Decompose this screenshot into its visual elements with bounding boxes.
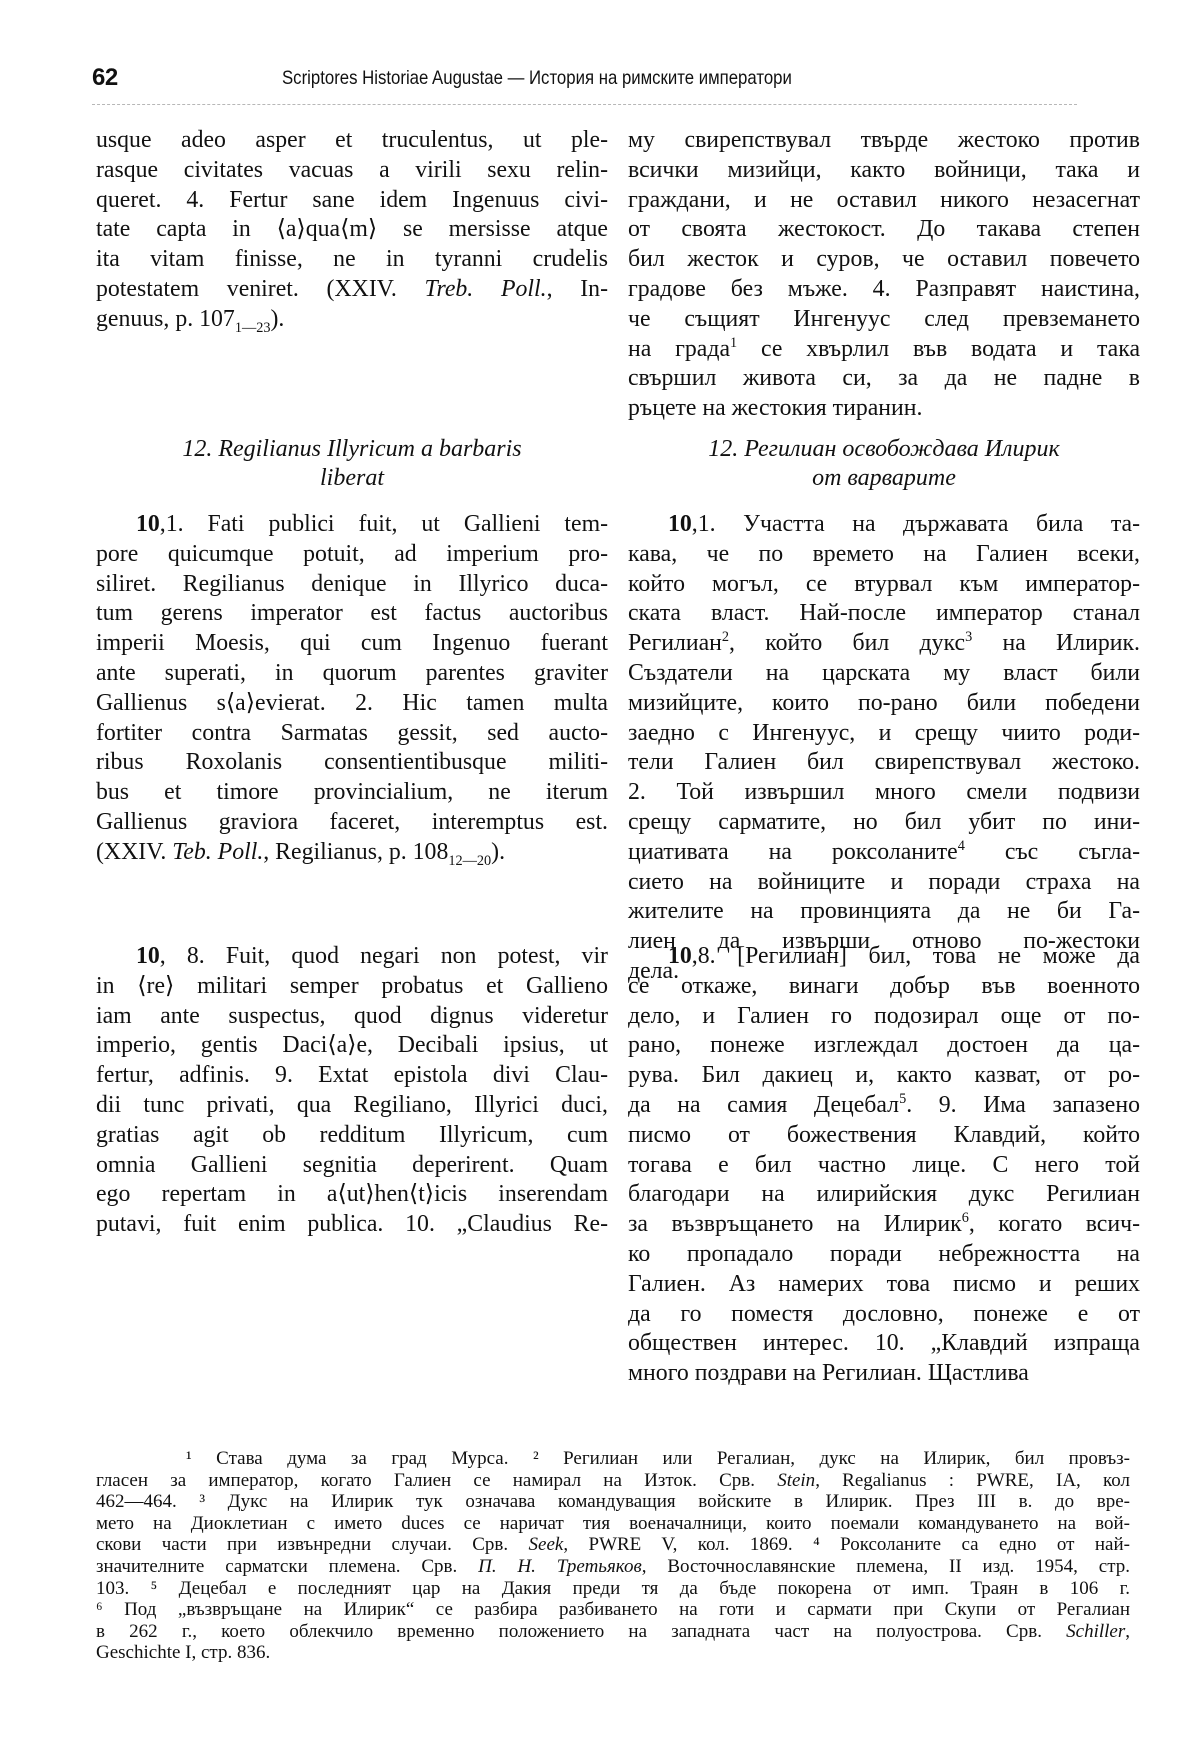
text-line: Gallienus graviora faceret, interemptus …	[96, 808, 608, 838]
text-fragment: , Восточнославянские племена, II изд. 19…	[642, 1556, 1130, 1577]
text-fragment: ,	[1125, 1621, 1130, 1642]
text-line: срещу сарматите, но бил убит по ини-	[628, 808, 1140, 838]
text-fragment: , Regilianus, p. 108	[263, 839, 448, 865]
footnote-line: Geschichte I, стр. 836.	[96, 1642, 1130, 1664]
text-fragment: да на самия Децебал	[628, 1092, 899, 1118]
running-title: Scriptores Historiae Augustae — История …	[282, 67, 792, 90]
text-line: ego repertam in a⟨ut⟩hen⟨t⟩icis inserend…	[96, 1180, 608, 1210]
text-line: gratias agit ob redditum Illyricum, cum	[96, 1121, 608, 1151]
citation-author: Schiller	[1066, 1621, 1125, 1642]
text-fragment: , който бил дукс	[729, 630, 965, 656]
text-line: imperii Moesis, qui cum Ingenuo fuerant	[96, 629, 608, 659]
heading-line: 12. Regilianus Illyricum a barbaris	[96, 435, 608, 464]
text-line: pore quicumque potuit, ad imperium pro-	[96, 540, 608, 570]
footnote-line: скови части при извънредни случаи. Срв. …	[96, 1534, 1130, 1556]
text-fragment: гласен за император, когато Галиен се на…	[96, 1470, 777, 1491]
text-line: rasque civitates vacuas a virili sexu re…	[96, 156, 608, 186]
text-line: се откаже, винаги добър във военното	[628, 972, 1140, 1002]
citation-author: Seek	[529, 1534, 564, 1555]
footnote-line: значителните сарматски племена. Срв. П. …	[96, 1556, 1130, 1578]
latin-paragraph-10-1: 10,1. Fati publici fuit, ut Gallieni tem…	[96, 510, 608, 868]
text-fragment: , In-	[547, 276, 608, 302]
text-line: fertur, adfinis. 9. Extat epistola divi …	[96, 1061, 608, 1091]
text-line: тогава е бил частно лице. С него той	[628, 1151, 1140, 1181]
text-line: ко пропадало поради небрежността на	[628, 1240, 1140, 1270]
page-header: 62 Scriptores Historiae Augustae — Истор…	[92, 64, 1092, 98]
text-line: градове без мъже. 4. Разправят наистина,	[628, 275, 1140, 305]
text-line: siliret. Regilianus denique in Illyrico …	[96, 570, 608, 600]
latin-column-section-1: usque adeo asper et truculentus, ut ple-…	[96, 126, 608, 335]
text-line: 10,1. Fati publici fuit, ut Gallieni tem…	[96, 510, 608, 540]
text-line: putavi, fuit enim publica. 10. „Claudius…	[96, 1210, 608, 1240]
heading-line: liberat	[96, 464, 608, 493]
citation-line: (XXIV. Teb. Poll., Regilianus, p. 10812—…	[96, 838, 608, 868]
text-fragment: ).	[491, 839, 505, 865]
text-line: tum gerens imperator est factus auctorib…	[96, 599, 608, 629]
text-fragment: се хвърлил във водата и така	[737, 336, 1140, 362]
chapter-number: 10	[136, 943, 160, 969]
text-line: му свирепствувал твърде жестоко против	[628, 126, 1140, 156]
chapter-number: 10	[136, 511, 160, 537]
footnote-line: ⁶ Под „възвръщане на Илирик“ се разбира …	[96, 1599, 1130, 1621]
footnote-ref-6[interactable]: 6	[962, 1210, 969, 1226]
heading-line: 12. Регилиан освобождава Илирик	[628, 435, 1140, 464]
footnotes: ¹ Става дума за град Мурса. ² Регилиан и…	[96, 1448, 1130, 1664]
text-fragment: ).	[270, 306, 284, 332]
text-fragment: значителните сарматски племена. Срв.	[96, 1556, 478, 1577]
text-line: рано, понеже изглеждал достоен да ца-	[628, 1031, 1140, 1061]
text-fragment: (XXIV.	[96, 839, 172, 865]
text-line: кава, че по времето на Галиен всеки,	[628, 540, 1140, 570]
chapter-number: 10	[668, 511, 692, 537]
text-line: заедно с Ингенуус, и срещу чиито роди-	[628, 719, 1140, 749]
text-line: Създатели на царската му власт били	[628, 659, 1140, 689]
text-line: ita vitam finisse, ne in tyranni crudeli…	[96, 245, 608, 275]
line-range: 1—23	[235, 320, 271, 336]
chapter-number: 10	[668, 943, 692, 969]
text-line: жителите на провинцията да не би Га-	[628, 897, 1140, 927]
text-line: на града1 се хвърлил във водата и така	[628, 335, 1140, 365]
text-fragment: . 9. Има запазено	[906, 1092, 1140, 1118]
text-line: ante superati, in quorum parentes gravit…	[96, 659, 608, 689]
text-line: ribus Roxolanis consentientibusque milit…	[96, 748, 608, 778]
text-line: dii tunc privati, qua Regiliano, Illyric…	[96, 1091, 608, 1121]
footnote-line: 462—464. ³ Дукс на Илирик тук означава к…	[96, 1491, 1130, 1513]
text-line: Галиен. Аз намерих това писмо и реших	[628, 1270, 1140, 1300]
text-line: ръцете на жестокия тиранин.	[628, 394, 1140, 424]
text-fragment: , Regalianus : PWRE, IA, кол	[815, 1470, 1130, 1491]
text-fragment: за възвръщането на Илирик	[628, 1211, 962, 1237]
text-line: genuus, p. 1071—23).	[96, 305, 608, 335]
text-line: всички мизийци, както войници, така и	[628, 156, 1140, 186]
text-line: ската власт. Най-после император станал	[628, 599, 1140, 629]
text-line: благодари на илирийския дукс Регилиан	[628, 1180, 1140, 1210]
text-line: tate capta in ⟨a⟩qua⟨m⟩ se mersisse atqu…	[96, 215, 608, 245]
citation-author: Stein	[777, 1470, 815, 1491]
text-line: граждани, и не оставил никого незасегнат	[628, 186, 1140, 216]
text-fragment: , когато всич-	[969, 1211, 1140, 1237]
text-line: много поздрави на Регилиан. Щастлива	[628, 1359, 1140, 1389]
bulgarian-paragraph-10-8: 10,8. [Регилиан] бил, това не може да се…	[628, 942, 1140, 1389]
text-fragment: със съгла-	[965, 839, 1140, 865]
line-range: 12—20	[448, 853, 491, 869]
text-fragment: в 262 г., което облекчило временно полож…	[96, 1621, 1066, 1642]
heading-line: от варварите	[628, 464, 1140, 493]
text-fragment: ,1. Участта на държавата била та-	[692, 511, 1140, 537]
text-line: циативата на роксоланите4 със съгла-	[628, 838, 1140, 868]
footnote-line: гласен за император, когато Галиен се на…	[96, 1470, 1130, 1492]
text-line: omnia Gallieni segnitia deperirent. Quam	[96, 1151, 608, 1181]
text-line: usque adeo asper et truculentus, ut ple-	[96, 126, 608, 156]
text-line: който могъл, се втурвал към император-	[628, 570, 1140, 600]
text-line: дело, и Галиен го подозирал още от по-	[628, 1002, 1140, 1032]
header-divider	[92, 104, 1077, 105]
footnote-line: ¹ Става дума за град Мурса. ² Регилиан и…	[96, 1448, 1130, 1470]
text-line: писмо от божествения Клавдий, който	[628, 1121, 1140, 1151]
text-line: in ⟨re⟩ militari semper probatus et Gall…	[96, 972, 608, 1002]
footnote-ref-2[interactable]: 2	[722, 629, 729, 645]
text-fragment: , PWRE V, кол. 1869. ⁴ Роксоланите са ед…	[563, 1534, 1130, 1555]
text-line: от своята жестокост. До такава степен	[628, 215, 1140, 245]
latin-paragraph-10-8: 10, 8. Fuit, quod negari non potest, vir…	[96, 942, 608, 1240]
text-fragment: , 8. Fuit, quod negari non potest, vir	[160, 943, 608, 969]
text-line: тели Галиен бил свирепствувал жестоко.	[628, 748, 1140, 778]
text-line: обществен интерес. 10. „Клавдий изпраща	[628, 1329, 1140, 1359]
text-line: мизийците, които по-рано били победени	[628, 689, 1140, 719]
text-line: potestatem veniret. (XXIV. Treb. Poll., …	[96, 275, 608, 305]
page-number: 62	[92, 64, 118, 92]
text-line: queret. 4. Fertur sane idem Ingenuus civ…	[96, 186, 608, 216]
text-fragment: potestatem veniret. (XXIV.	[96, 276, 425, 302]
footnote-line: 103. ⁵ Децебал е последният цар на Дакия…	[96, 1578, 1130, 1600]
text-line: да на самия Децебал5. 9. Има запазено	[628, 1091, 1140, 1121]
text-line: Gallienus s⟨a⟩evierat. 2. Hic tamen mult…	[96, 689, 608, 719]
bulgarian-column-section-1: му свирепствувал твърде жестоко против в…	[628, 126, 1140, 424]
text-fragment: ,1. Fati publici fuit, ut Gallieni tem-	[160, 511, 608, 537]
text-line: че същият Ингенуус след превземането	[628, 305, 1140, 335]
text-line: iam ante suspectus, quod dignus videretu…	[96, 1002, 608, 1032]
text-line: сието на войниците и поради страха на	[628, 868, 1140, 898]
text-line: бил жесток и суров, че оставил повечето	[628, 245, 1140, 275]
text-fragment: genuus, p. 107	[96, 306, 235, 332]
text-line: рува. Бил дакиец и, както казват, от ро-	[628, 1061, 1140, 1091]
text-line: за възвръщането на Илирик6, когато всич-	[628, 1210, 1140, 1240]
footnote-line: мето на Диоклетиан с името duces се нари…	[96, 1513, 1130, 1535]
footnote-line: в 262 г., което облекчило временно полож…	[96, 1621, 1130, 1643]
text-line: fortiter contra Sarmatas gessit, sed auc…	[96, 719, 608, 749]
text-fragment: скови части при извънредни случаи. Срв.	[96, 1534, 529, 1555]
text-fragment: циативата на роксоланите	[628, 839, 958, 865]
citation-author: П. Н. Третьяков	[478, 1556, 642, 1577]
latin-section-heading: 12. Regilianus Illyricum a barbaris libe…	[96, 435, 608, 493]
text-line: да го поместя дословно, понеже е от	[628, 1300, 1140, 1330]
citation-author: Teb. Poll.	[172, 839, 263, 865]
text-line: bus et timore provincialium, ne iterum	[96, 778, 608, 808]
text-fragment: ,8. [Регилиан] бил, това не може да	[692, 943, 1140, 969]
citation-author: Treb. Poll.	[425, 276, 547, 302]
text-line: imperio, gentis Daci⟨a⟩e, Decibali ipsiu…	[96, 1031, 608, 1061]
footnote-ref-4[interactable]: 4	[958, 838, 965, 854]
text-fragment: Регилиан	[628, 630, 722, 656]
text-fragment: на града	[628, 336, 730, 362]
text-line: 10,1. Участта на държавата била та-	[628, 510, 1140, 540]
bulgarian-section-heading: 12. Регилиан освобождава Илирик от варва…	[628, 435, 1140, 493]
bulgarian-paragraph-10-1: 10,1. Участта на държавата била та- кава…	[628, 510, 1140, 987]
text-line: Регилиан2, който бил дукс3 на Илирик.	[628, 629, 1140, 659]
text-fragment: на Илирик.	[972, 630, 1140, 656]
text-line: свършил живота си, за да не падне в	[628, 364, 1140, 394]
text-line: 10, 8. Fuit, quod negari non potest, vir	[96, 942, 608, 972]
text-line: 2. Той извършил много смели подвизи	[628, 778, 1140, 808]
text-line: 10,8. [Регилиан] бил, това не може да	[628, 942, 1140, 972]
